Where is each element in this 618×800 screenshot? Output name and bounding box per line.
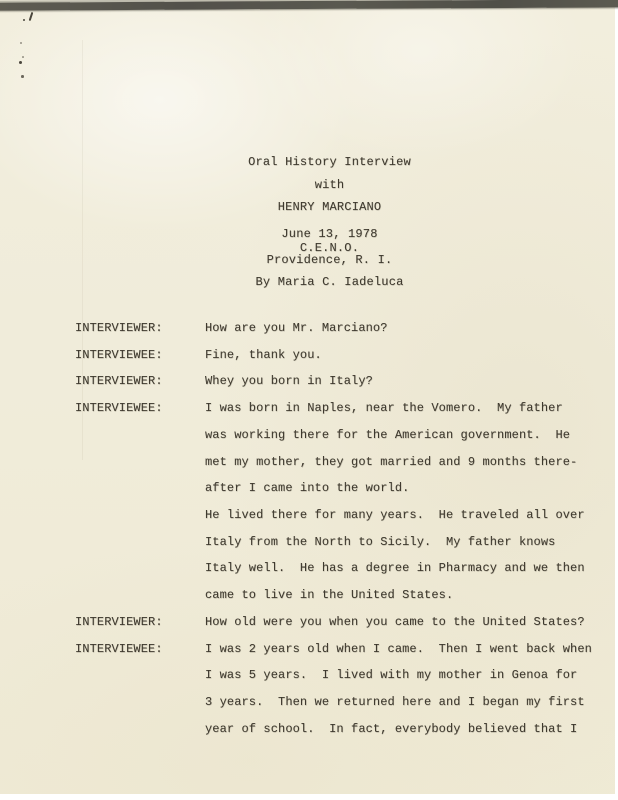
- speaker-label: INTERVIEWEE:: [75, 342, 205, 369]
- paper-sheet: Oral History Interview with HENRY MARCIA…: [0, 0, 615, 794]
- pen-mark-slash: [29, 12, 34, 21]
- utterance-text: year of school. In fact, everybody belie…: [205, 722, 577, 736]
- byline: By Maria C. Iadeluca: [22, 276, 618, 289]
- utterance-text: How are you Mr. Marciano?: [205, 321, 388, 335]
- transcript-line: INTERVIEWEE:Fine, thank you.: [75, 342, 605, 369]
- utterance-text: Italy well. He has a degree in Pharmacy …: [205, 561, 585, 575]
- location: Providence, R. I.: [22, 254, 618, 267]
- speaker-label: INTERVIEWEE:: [75, 395, 205, 422]
- transcript-line: was working there for the American gover…: [75, 422, 605, 449]
- interviewee-name: HENRY MARCIANO: [22, 201, 618, 214]
- transcript-line: INTERVIEWEE:I was born in Naples, near t…: [75, 395, 605, 422]
- pen-speck: [23, 19, 25, 21]
- transcript: INTERVIEWER:How are you Mr. Marciano? IN…: [75, 315, 605, 743]
- title-subtitle: with: [22, 179, 618, 192]
- utterance-text: Italy from the North to Sicily. My fathe…: [205, 535, 555, 549]
- document-title: Oral History Interview: [22, 156, 618, 169]
- transcript-line: INTERVIEWEE:I was 2 years old when I cam…: [75, 636, 605, 663]
- pen-speck: [21, 75, 24, 78]
- utterance-text: He lived there for many years. He travel…: [205, 508, 585, 522]
- transcript-line: INTERVIEWER:How are you Mr. Marciano?: [75, 315, 605, 342]
- speaker-label: INTERVIEWER:: [75, 609, 205, 636]
- scanned-document-page: { "colors": { "paper": "#f0ecda", "ink":…: [0, 0, 618, 800]
- speaker-label: INTERVIEWER:: [75, 315, 205, 342]
- utterance-text: How old were you when you came to the Un…: [205, 615, 585, 629]
- utterance-text: Whey you born in Italy?: [205, 374, 373, 388]
- speaker-label: INTERVIEWEE:: [75, 636, 205, 663]
- transcript-line: 3 years. Then we returned here and I beg…: [75, 689, 605, 716]
- utterance-text: met my mother, they got married and 9 mo…: [205, 455, 577, 469]
- pen-speck: [20, 42, 22, 44]
- transcript-line: year of school. In fact, everybody belie…: [75, 716, 605, 743]
- utterance-text: I was 5 years. I lived with my mother in…: [205, 668, 577, 682]
- utterance-text: Fine, thank you.: [205, 348, 322, 362]
- transcript-line: INTERVIEWER:Whey you born in Italy?: [75, 368, 605, 395]
- transcript-line: came to live in the United States.: [75, 582, 605, 609]
- pen-speck: [19, 61, 22, 64]
- transcript-line: met my mother, they got married and 9 mo…: [75, 449, 605, 476]
- transcript-line: He lived there for many years. He travel…: [75, 502, 605, 529]
- utterance-text: was working there for the American gover…: [205, 428, 570, 442]
- transcript-line: I was 5 years. I lived with my mother in…: [75, 662, 605, 689]
- pen-speck: [22, 56, 24, 58]
- transcript-line: INTERVIEWER:How old were you when you ca…: [75, 609, 605, 636]
- utterance-text: came to live in the United States.: [205, 588, 453, 602]
- interview-date: June 13, 1978: [22, 228, 618, 241]
- utterance-text: I was born in Naples, near the Vomero. M…: [205, 401, 563, 415]
- utterance-text: I was 2 years old when I came. Then I we…: [205, 642, 592, 656]
- transcript-line: Italy well. He has a degree in Pharmacy …: [75, 555, 605, 582]
- utterance-text: after I came into the world.: [205, 481, 409, 495]
- utterance-text: 3 years. Then we returned here and I beg…: [205, 695, 585, 709]
- transcript-line: Italy from the North to Sicily. My fathe…: [75, 529, 605, 556]
- transcript-line: after I came into the world.: [75, 475, 605, 502]
- speaker-label: INTERVIEWER:: [75, 368, 205, 395]
